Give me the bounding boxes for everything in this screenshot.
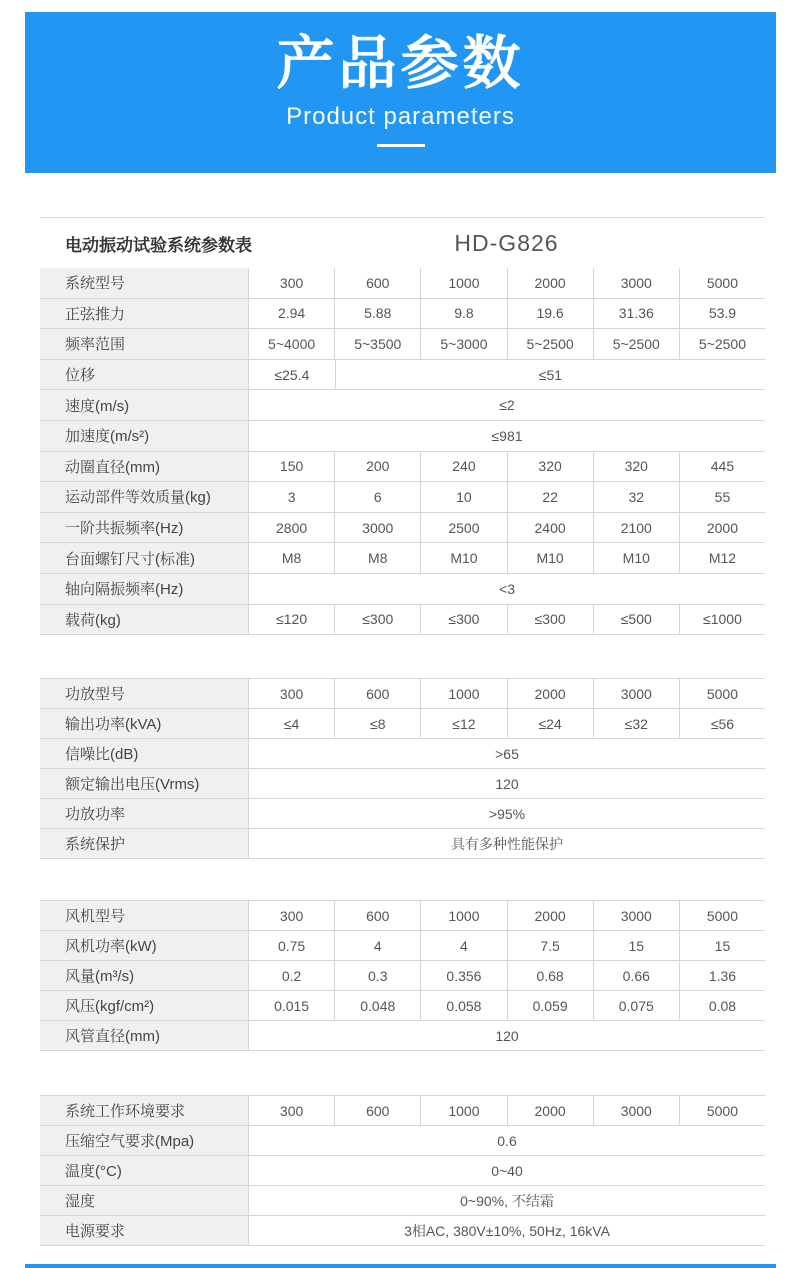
spec-value-cell: ≤56 (679, 709, 765, 738)
spec-value-cell: 15 (679, 931, 765, 960)
spec-value-cell: ≤300 (334, 605, 420, 635)
row-label: 轴向隔振频率(Hz) (40, 574, 248, 604)
table-row: 功放功率>95% (40, 799, 765, 829)
spec-value-cell: 3相AC, 380V±10%, 50Hz, 16kVA (248, 1216, 765, 1245)
row-label: 载荷(kg) (40, 605, 248, 635)
spec-value-cell: 7.5 (507, 931, 593, 960)
spec-value-cell: 0~90%, 不结霜 (248, 1186, 765, 1215)
row-label: 速度(m/s) (40, 390, 248, 420)
spec-value-cell: 600 (334, 679, 420, 708)
spec-value-cell: 5000 (679, 901, 765, 930)
table-row: 一阶共振频率(Hz)280030002500240021002000 (40, 513, 765, 544)
spec-value-cell: ≤120 (248, 605, 334, 635)
table-row: 运动部件等效质量(kg)3610223255 (40, 482, 765, 513)
spec-value-cell: ≤51 (335, 360, 765, 390)
model-number: HD-G826 (248, 230, 765, 257)
spec-value-cell: 1000 (420, 901, 506, 930)
table-row: 电源要求3相AC, 380V±10%, 50Hz, 16kVA (40, 1216, 765, 1246)
spec-value-cell: 150 (248, 452, 334, 482)
spec-value-cell: >65 (248, 739, 765, 768)
table-row: 载荷(kg)≤120≤300≤300≤300≤500≤1000 (40, 605, 765, 636)
footer-banner-edge (25, 1264, 776, 1268)
spec-value-cell: ≤1000 (679, 605, 765, 635)
spec-value-cell: ≤300 (507, 605, 593, 635)
spec-value-cell: ≤4 (248, 709, 334, 738)
row-label: 功放型号 (40, 679, 248, 708)
row-label: 位移 (40, 360, 248, 390)
spec-value-cell: 320 (507, 452, 593, 482)
spec-value-cell: 2.94 (248, 299, 334, 329)
table-row: 系统工作环境要求3006001000200030005000 (40, 1096, 765, 1126)
spec-value-cell: M10 (420, 543, 506, 573)
title-underline (377, 144, 425, 147)
spec-value-cell: M8 (248, 543, 334, 573)
spec-value-cell: 31.36 (593, 299, 679, 329)
table-row: 轴向隔振频率(Hz)<3 (40, 574, 765, 605)
spec-value-cell: 320 (593, 452, 679, 482)
spec-value-cell: 240 (420, 452, 506, 482)
table-row: 加速度(m/s²)≤981 (40, 421, 765, 452)
spec-value-cell: 0.75 (248, 931, 334, 960)
spec-value-cell: ≤12 (420, 709, 506, 738)
spec-value-cell: 2000 (679, 513, 765, 543)
table-row: 温度(°C)0~40 (40, 1156, 765, 1186)
spec-value-cell: 0.015 (248, 991, 334, 1020)
spec-value-cell: 5~2500 (679, 329, 765, 359)
spec-value-cell: 1000 (420, 268, 506, 298)
amplifier-spec-rows: 功放型号3006001000200030005000输出功率(kVA)≤4≤8≤… (40, 679, 765, 859)
spec-value-cell: 445 (679, 452, 765, 482)
spec-value-cell: 0.3 (334, 961, 420, 990)
table-title: 电动振动试验系统参数表 (40, 231, 248, 256)
table-row: 台面螺钉尺寸(标准)M8M8M10M10M10M12 (40, 543, 765, 574)
spec-value-cell: 2000 (507, 679, 593, 708)
spec-value-cell: 2000 (507, 1096, 593, 1125)
page-title: 产品参数 (25, 28, 776, 101)
spec-value-cell: 2400 (507, 513, 593, 543)
table-row: 风机型号3006001000200030005000 (40, 901, 765, 931)
table-row: 额定输出电压(Vrms)120 (40, 769, 765, 799)
table-row: 风压(kgf/cm²)0.0150.0480.0580.0590.0750.08 (40, 991, 765, 1021)
spec-value-cell: 4 (420, 931, 506, 960)
table-row: 正弦推力2.945.889.819.631.3653.9 (40, 299, 765, 330)
spec-value-cell: 0.68 (507, 961, 593, 990)
spec-value-cell: 3000 (593, 679, 679, 708)
row-label: 电源要求 (40, 1216, 248, 1245)
spec-value-cell: <3 (248, 574, 765, 604)
spec-value-cell: 5~3000 (420, 329, 506, 359)
row-label: 系统保护 (40, 829, 248, 858)
spec-value-cell: 3000 (593, 901, 679, 930)
table-row: 动圈直径(mm)150200240320320445 (40, 452, 765, 483)
table-row: 湿度0~90%, 不结霜 (40, 1186, 765, 1216)
table-row: 风机功率(kW)0.75447.51515 (40, 931, 765, 961)
spec-value-cell: ≤25.4 (248, 360, 335, 390)
spec-tables: 电动振动试验系统参数表 HD-G826 系统型号3006001000200030… (40, 217, 765, 1246)
row-label: 功放功率 (40, 799, 248, 828)
spec-value-cell: 2800 (248, 513, 334, 543)
table-row: 系统型号3006001000200030005000 (40, 268, 765, 299)
spec-value-cell: 2000 (507, 901, 593, 930)
spec-value-cell: 5~2500 (507, 329, 593, 359)
spec-value-cell: M12 (679, 543, 765, 573)
spec-value-cell: 0.058 (420, 991, 506, 1020)
table-row: 信噪比(dB)>65 (40, 739, 765, 769)
spec-value-cell: 2000 (507, 268, 593, 298)
row-label: 系统型号 (40, 268, 248, 298)
spec-value-cell: >95% (248, 799, 765, 828)
page-subtitle: Product parameters (25, 103, 776, 131)
spec-value-cell: 1000 (420, 679, 506, 708)
blower-spec-rows: 风机型号3006001000200030005000风机功率(kW)0.7544… (40, 901, 765, 1051)
row-label: 动圈直径(mm) (40, 452, 248, 482)
spec-value-cell: 0~40 (248, 1156, 765, 1185)
row-label: 风量(m³/s) (40, 961, 248, 990)
spec-value-cell: 1000 (420, 1096, 506, 1125)
table-header-row: 电动振动试验系统参数表 HD-G826 (40, 218, 765, 268)
spec-value-cell: ≤300 (420, 605, 506, 635)
row-label: 输出功率(kVA) (40, 709, 248, 738)
spec-value-cell: 600 (334, 1096, 420, 1125)
spec-value-cell: 3 (248, 482, 334, 512)
spec-value-cell: 5~2500 (593, 329, 679, 359)
spec-value-cell: 0.66 (593, 961, 679, 990)
spec-value-cell: ≤981 (248, 421, 765, 451)
row-label: 风压(kgf/cm²) (40, 991, 248, 1020)
spec-value-cell: 3000 (593, 268, 679, 298)
table-row: 功放型号3006001000200030005000 (40, 679, 765, 709)
spec-value-cell: 300 (248, 679, 334, 708)
spec-value-cell: 4 (334, 931, 420, 960)
table-row: 速度(m/s)≤2 (40, 390, 765, 421)
spec-value-cell: 600 (334, 901, 420, 930)
page-header-banner: 产品参数 Product parameters (25, 12, 776, 173)
row-label: 一阶共振频率(Hz) (40, 513, 248, 543)
spec-value-cell: 0.075 (593, 991, 679, 1020)
spec-value-cell: 300 (248, 901, 334, 930)
spec-value-cell: 1.36 (679, 961, 765, 990)
row-label: 风管直径(mm) (40, 1021, 248, 1050)
spec-value-cell: ≤500 (593, 605, 679, 635)
spec-value-cell: 5~4000 (248, 329, 334, 359)
row-label: 风机型号 (40, 901, 248, 930)
spec-value-cell: 具有多种性能保护 (248, 829, 765, 858)
spec-value-cell: 5.88 (334, 299, 420, 329)
table-row: 输出功率(kVA)≤4≤8≤12≤24≤32≤56 (40, 709, 765, 739)
blower-spec-table: 风机型号3006001000200030005000风机功率(kW)0.7544… (40, 900, 765, 1051)
row-label: 加速度(m/s²) (40, 421, 248, 451)
spec-value-cell: 2500 (420, 513, 506, 543)
row-label: 温度(°C) (40, 1156, 248, 1185)
spec-value-cell: 5~3500 (334, 329, 420, 359)
row-label: 湿度 (40, 1186, 248, 1215)
row-label: 频率范围 (40, 329, 248, 359)
environment-spec-table: 系统工作环境要求3006001000200030005000压缩空气要求(Mpa… (40, 1095, 765, 1246)
table-row: 系统保护具有多种性能保护 (40, 829, 765, 859)
spec-value-cell: 19.6 (507, 299, 593, 329)
row-label: 台面螺钉尺寸(标准) (40, 543, 248, 573)
spec-value-cell: 2100 (593, 513, 679, 543)
table-row: 频率范围5~40005~35005~30005~25005~25005~2500 (40, 329, 765, 360)
spec-value-cell: 300 (248, 268, 334, 298)
spec-value-cell: 15 (593, 931, 679, 960)
spec-value-cell: 10 (420, 482, 506, 512)
spec-value-cell: 0.08 (679, 991, 765, 1020)
environment-spec-rows: 系统工作环境要求3006001000200030005000压缩空气要求(Mpa… (40, 1096, 765, 1246)
spec-value-cell: 0.356 (420, 961, 506, 990)
spec-value-cell: ≤8 (334, 709, 420, 738)
spec-value-cell: 55 (679, 482, 765, 512)
table-row: 风管直径(mm)120 (40, 1021, 765, 1051)
spec-value-cell: 600 (334, 268, 420, 298)
spec-value-cell: 32 (593, 482, 679, 512)
spec-value-cell: 120 (248, 1021, 765, 1050)
spec-value-cell: 0.059 (507, 991, 593, 1020)
spec-value-cell: 120 (248, 769, 765, 798)
spec-value-cell: 22 (507, 482, 593, 512)
spec-value-cell: 53.9 (679, 299, 765, 329)
row-label: 压缩空气要求(Mpa) (40, 1126, 248, 1155)
row-label: 正弦推力 (40, 299, 248, 329)
system-spec-table: 电动振动试验系统参数表 HD-G826 系统型号3006001000200030… (40, 217, 765, 635)
row-label: 信噪比(dB) (40, 739, 248, 768)
spec-value-cell: ≤2 (248, 390, 765, 420)
spec-value-cell: M10 (507, 543, 593, 573)
amplifier-spec-table: 功放型号3006001000200030005000输出功率(kVA)≤4≤8≤… (40, 678, 765, 859)
spec-value-cell: 200 (334, 452, 420, 482)
spec-value-cell: ≤32 (593, 709, 679, 738)
spec-value-cell: 300 (248, 1096, 334, 1125)
row-label: 系统工作环境要求 (40, 1096, 248, 1125)
spec-value-cell: M10 (593, 543, 679, 573)
spec-value-cell: ≤24 (507, 709, 593, 738)
spec-value-cell: 5000 (679, 1096, 765, 1125)
table-row: 风量(m³/s)0.20.30.3560.680.661.36 (40, 961, 765, 991)
spec-value-cell: 0.048 (334, 991, 420, 1020)
spec-value-cell: 5000 (679, 679, 765, 708)
spec-value-cell: 6 (334, 482, 420, 512)
spec-value-cell: M8 (334, 543, 420, 573)
spec-value-cell: 3000 (593, 1096, 679, 1125)
row-label: 额定输出电压(Vrms) (40, 769, 248, 798)
spec-value-cell: 0.6 (248, 1126, 765, 1155)
spec-value-cell: 5000 (679, 268, 765, 298)
spec-value-cell: 9.8 (420, 299, 506, 329)
spec-value-cell: 3000 (334, 513, 420, 543)
table-row: 位移≤25.4≤51 (40, 360, 765, 391)
table-row: 压缩空气要求(Mpa)0.6 (40, 1126, 765, 1156)
spec-value-cell: 0.2 (248, 961, 334, 990)
system-spec-rows: 系统型号3006001000200030005000正弦推力2.945.889.… (40, 268, 765, 635)
row-label: 运动部件等效质量(kg) (40, 482, 248, 512)
row-label: 风机功率(kW) (40, 931, 248, 960)
